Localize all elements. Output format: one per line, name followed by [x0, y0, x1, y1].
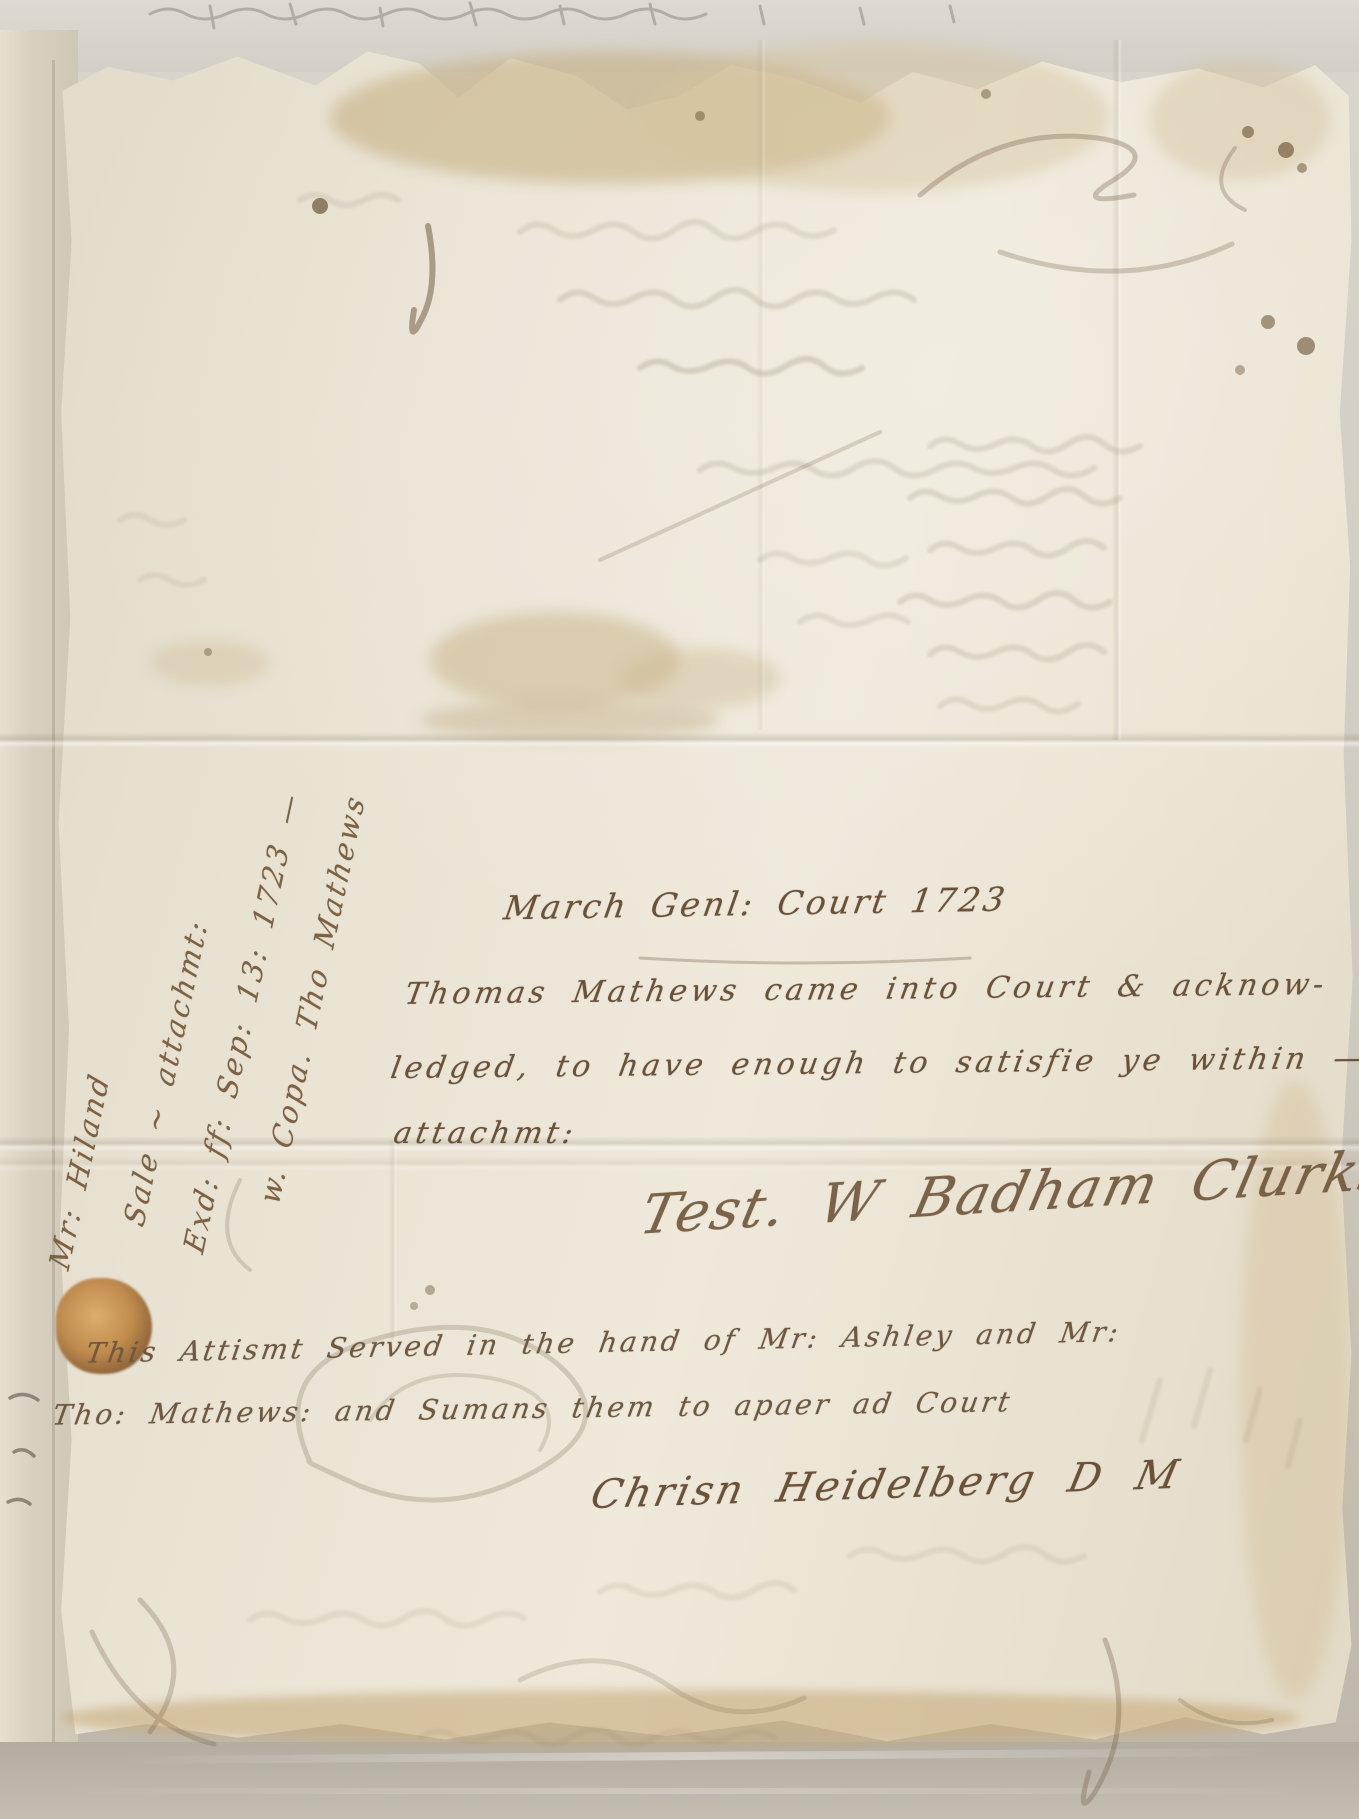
background-sheet-edge — [52, 60, 55, 1760]
crease-vertical-center — [756, 40, 766, 730]
fold-crease-upper — [0, 732, 1359, 748]
stain-top-right — [640, 42, 1110, 192]
crease-vertical-right — [1112, 40, 1122, 740]
body-line: attachmt: — [391, 1116, 580, 1151]
crease-vertical-left — [388, 1140, 398, 1340]
sleeve-glare-line — [60, 1788, 1310, 1794]
photograph-of-manuscript: March Genl: Court 1723 Thomas Mathews ca… — [0, 0, 1359, 1819]
stain-bottom-band — [60, 1690, 1300, 1746]
stain-left — [150, 640, 270, 686]
stain-top-right-corner — [1150, 60, 1330, 180]
